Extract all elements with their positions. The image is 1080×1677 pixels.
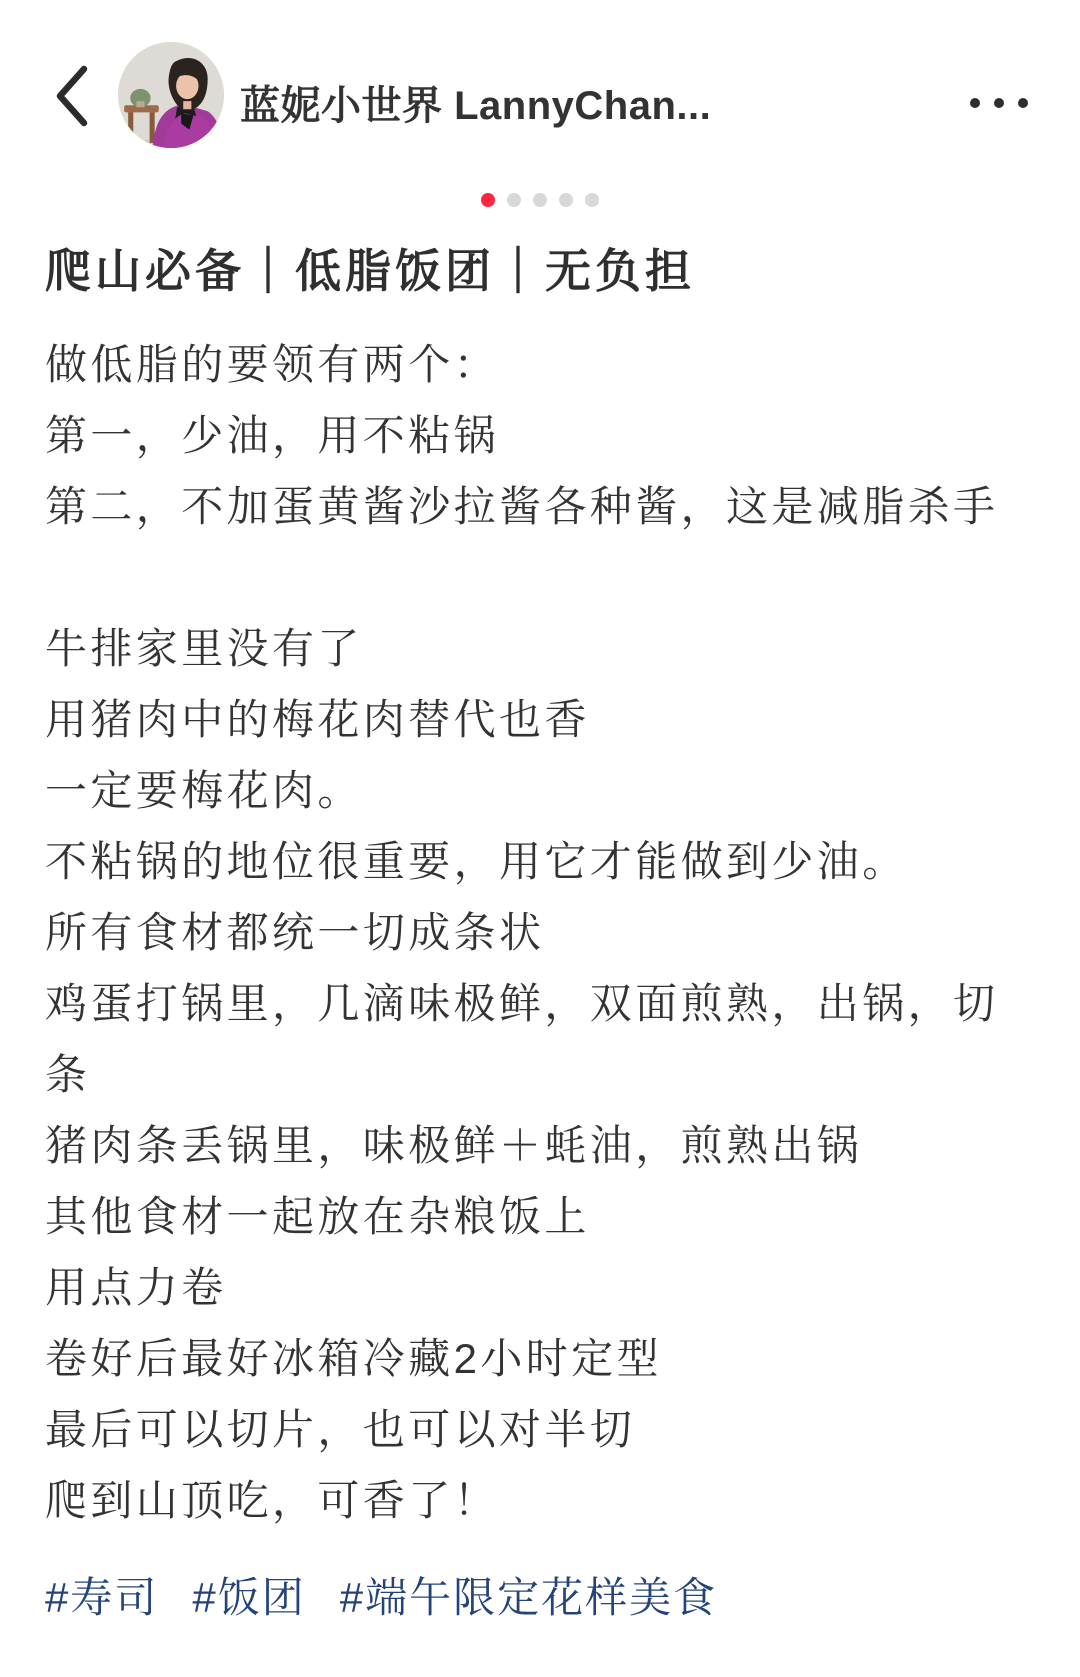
top-nav-bar: 蓝妮小世界 LannyChan... [0,0,1080,170]
avatar[interactable] [118,42,224,148]
post-paragraph: 所有食材都统一切成条状 [45,897,1035,968]
post-paragraph: 用点力卷 [45,1252,1035,1323]
post-paragraph: 第二，不加蛋黄酱沙拉酱各种酱，这是减脂杀手 [45,471,1035,542]
carousel-dot-active [481,193,495,207]
carousel-dot [559,193,573,207]
chevron-left-icon [55,65,89,132]
post-paragraph: 爬到山顶吃，可香了！ [45,1465,1035,1536]
hashtag-link[interactable]: #端午限定花样美食 [340,1562,717,1633]
post-paragraph: 用猪肉中的梅花肉替代也香 [45,684,1035,755]
post-body: 做低脂的要领有两个： 第一，少油，用不粘锅 第二，不加蛋黄酱沙拉酱各种酱，这是减… [45,329,1035,1536]
post-paragraph: 其他食材一起放在杂粮饭上 [45,1181,1035,1252]
hashtag-row: #寿司 #饭团 #端午限定花样美食 [45,1562,1035,1633]
avatar-image [118,42,224,148]
kebab-menu-icon [994,98,1004,108]
carousel-dot [585,193,599,207]
post-paragraph: 最后可以切片，也可以对半切 [45,1394,1035,1465]
carousel-indicator [0,193,1080,207]
post-title: 爬山必备｜低脂饭团｜无负担 [45,239,1035,303]
post-paragraph-blank [45,542,1035,613]
post-paragraph: 牛排家里没有了 [45,613,1035,684]
post-paragraph: 卷好后最好冰箱冷藏2小时定型 [45,1323,1035,1394]
post-paragraph: 不粘锅的地位很重要，用它才能做到少油。 [45,826,1035,897]
post-paragraph: 一定要梅花肉。 [45,755,1035,826]
carousel-dot [533,193,547,207]
post-content: 爬山必备｜低脂饭团｜无负担 做低脂的要领有两个： 第一，少油，用不粘锅 第二，不… [45,239,1035,1633]
post-paragraph: 猪肉条丢锅里，味极鲜＋蚝油，煎熟出锅 [45,1110,1035,1181]
more-options-button[interactable] [970,92,1028,114]
username[interactable]: 蓝妮小世界 LannyChan... [240,74,711,131]
kebab-menu-icon [970,98,980,108]
hashtag-link[interactable]: #饭团 [192,1562,305,1633]
kebab-menu-icon [1018,98,1028,108]
post-paragraph: 第一，少油，用不粘锅 [45,400,1035,471]
post-paragraph: 鸡蛋打锅里，几滴味极鲜，双面煎熟，出锅，切条 [45,968,1035,1110]
back-button[interactable] [48,62,96,134]
hashtag-link[interactable]: #寿司 [45,1562,158,1633]
post-paragraph: 做低脂的要领有两个： [45,329,1035,400]
carousel-dot [507,193,521,207]
